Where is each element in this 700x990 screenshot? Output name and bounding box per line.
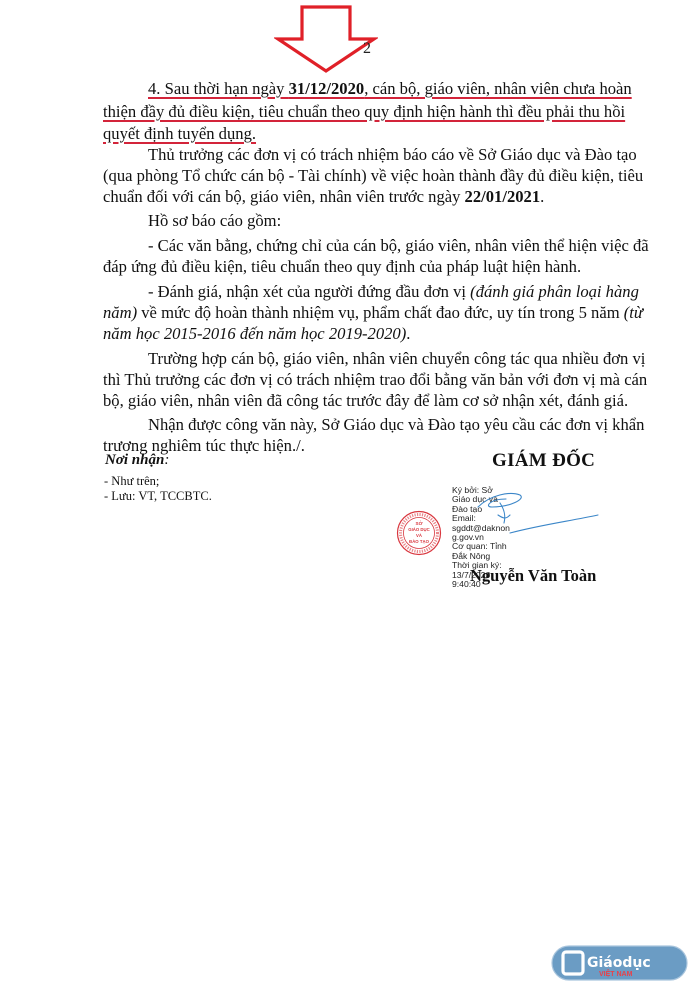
down-arrow-icon — [274, 5, 378, 73]
official-stamp: SỞ GIÁO DỤC VÀ ĐÀO TẠO — [396, 510, 442, 556]
dossier-item2-line2: năm) về mức độ hoàn thành nhiệm vụ, phẩm… — [103, 303, 597, 323]
item4-line3: quyết định tuyển dụng. — [103, 124, 597, 144]
dossier-item1-line2: đáp ứng đủ điều kiện, tiêu chuẩn theo qu… — [103, 257, 597, 277]
dossier-item1-line1: - Các văn bằng, chứng chỉ của cán bộ, gi… — [103, 236, 597, 256]
giaoduc-vietnam-logo: Giáodục VIỆT NAM — [551, 945, 688, 981]
page-number: 2 — [363, 40, 371, 58]
closing-line1: Nhận được công văn này, Sở Giáo dục và Đ… — [103, 415, 597, 435]
transfer-line1: Trường hợp cán bộ, giáo viên, nhân viên … — [103, 349, 597, 369]
svg-text:VÀ: VÀ — [416, 533, 422, 538]
dossier-heading: Hồ sơ báo cáo gồm: — [103, 211, 597, 231]
svg-text:VIỆT NAM: VIỆT NAM — [599, 969, 633, 978]
svg-text:Giáodục: Giáodục — [587, 955, 651, 971]
dossier-item2-line1: - Đánh giá, nhận xét của người đứng đầu … — [103, 282, 597, 302]
dossier-item2-line3: năm học 2015-2016 đến năm học 2019-2020)… — [103, 324, 597, 344]
transfer-line3: bộ, giáo viên, nhân viên đã công tác trư… — [103, 391, 597, 411]
report-line1: Thủ trưởng các đơn vị có trách nhiệm báo… — [103, 145, 597, 165]
signer-name: Nguyễn Văn Toàn — [470, 566, 596, 586]
svg-text:SỞ: SỞ — [416, 520, 423, 526]
item4-line1: 4. Sau thời hạn ngày 31/12/2020, cán bộ,… — [103, 79, 597, 99]
report-line2: (qua phòng Tổ chức cán bộ - Tài chính) v… — [103, 166, 597, 186]
recipient-item: - Như trên; — [104, 474, 159, 489]
recipient-item: - Lưu: VT, TCCBTC. — [104, 489, 212, 504]
report-line3: chuẩn đối với cán bộ, giáo viên, nhân vi… — [103, 187, 597, 207]
svg-text:GIÁO DỤC: GIÁO DỤC — [408, 527, 430, 532]
svg-text:ĐÀO TẠO: ĐÀO TẠO — [409, 539, 429, 544]
position-title: GIÁM ĐỐC — [492, 450, 595, 472]
transfer-line2: thì Thủ trưởng các đơn vị có trách nhiệm… — [103, 370, 597, 390]
document-page: 2 4. Sau thời hạn ngày 31/12/2020, cán b… — [0, 0, 700, 990]
handwritten-signature — [470, 485, 600, 545]
recipients-title: Nơi nhận: — [105, 452, 169, 469]
item4-line2: thiện đầy đủ điều kiện, tiêu chuẩn theo … — [103, 102, 597, 122]
